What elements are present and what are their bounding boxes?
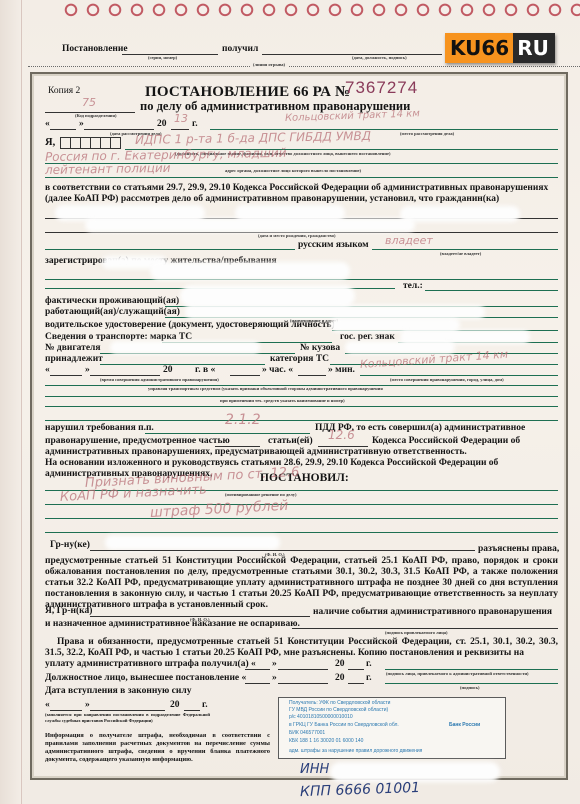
official-month-line — [278, 683, 328, 684]
effective-day-line — [50, 710, 82, 711]
articles-line-1: в соответствии со статьями 29.7, 29.9, 2… — [45, 183, 548, 193]
inn-handwritten: ИНН — [300, 762, 329, 777]
vehicle-hint-2: при применении тех. средств указать наим… — [220, 398, 345, 403]
date-month-line — [84, 129, 154, 130]
year-line — [171, 129, 189, 130]
date-open: « — [45, 119, 50, 129]
not-dispute-2: и назначенное административное наказание… — [45, 619, 300, 629]
date-day-line — [50, 129, 76, 130]
violated-label: нарушил требования п.п. — [45, 423, 154, 433]
offense-line-4 — [45, 420, 558, 421]
received-year-line — [348, 669, 364, 670]
year-prefix: 20 — [157, 119, 167, 129]
redaction — [180, 285, 355, 307]
offense-place-hint: (место совершения правонарушения, город,… — [390, 377, 504, 382]
watermark-right: RU — [513, 33, 555, 63]
official-sign-line — [385, 683, 558, 684]
dept-code-handwritten: 75 — [82, 96, 96, 109]
stamp-line: КБК 188 1 16 30020 01 6000 140 — [289, 738, 363, 744]
ya-citizen-label: Я, Гр-н(ка) — [45, 606, 92, 616]
pp-line — [145, 433, 310, 434]
effective-date-mid: » — [85, 700, 90, 710]
time-hint: (время совершения административного прав… — [100, 377, 219, 382]
kpp-handwritten: КПП 6666 01001 — [300, 780, 421, 800]
stamp-line: Банк России — [449, 722, 480, 728]
offense-minute-line — [298, 375, 326, 376]
vehicle-hint: управляя транспортным средством (указать… — [148, 386, 383, 391]
article-label: статьи(ей) — [268, 436, 313, 446]
document-page: Постановление (серия, номер) получил (да… — [0, 0, 580, 804]
offense-date-mid: » — [85, 365, 90, 375]
received-copy-label: уплату административного штрафа получил(… — [45, 659, 256, 669]
offense-hours: » час. « — [262, 365, 293, 375]
language-pre-line — [45, 249, 295, 250]
stamp-line: адм. штрафы за нарушение правил дорожног… — [289, 748, 422, 754]
rights-paragraph: предусмотренные статьей 51 Конституции Р… — [45, 556, 558, 611]
tear-line-hint: (линия отрыва) — [250, 62, 288, 67]
payment-details-stamp: Получатель: УФК по Свердловской области … — [278, 697, 506, 759]
official-handwritten-3: лейтенант полиции — [45, 161, 171, 177]
stub-label: Постановление — [62, 44, 128, 54]
language-line — [372, 249, 558, 250]
dept-code-hint: (Код подразделения) — [75, 113, 116, 118]
official-day-line — [245, 683, 270, 684]
language-hint: (владеет/не владеет) — [440, 251, 481, 256]
year-suffix: г. — [192, 119, 198, 129]
place-hint: (место рассмотрения дела) — [400, 131, 454, 136]
stub-received-hint: (дата, должность, подпись) — [352, 55, 407, 60]
koap-label-2: административных правонарушениях, предус… — [45, 447, 467, 457]
works-label: работающий(ая)/служащий(ая) — [45, 307, 180, 317]
citizen-label: Гр-ну(ке) — [50, 540, 90, 550]
rights-explained-label: разъяснены права, — [478, 544, 559, 554]
offense-minutes: » мин. — [328, 365, 355, 375]
effective-year-suffix: г. — [202, 700, 208, 710]
not-dispute-1: наличие события административного правон… — [313, 607, 552, 617]
engine-label: № двигателя — [45, 343, 101, 353]
phone-label: тел.: — [403, 281, 423, 291]
pp-handwritten: 2.1.2 — [225, 412, 261, 428]
language-handwritten: владеет — [385, 234, 433, 247]
received-day-line — [245, 669, 270, 670]
language-label: русским языком — [298, 240, 369, 250]
citizen-sign-hint: (подпись привлекаемого лица) — [385, 630, 448, 635]
effective-year-prefix: 20 — [170, 700, 180, 710]
redaction — [150, 262, 350, 280]
official-year-suffix: г. — [366, 673, 372, 683]
offense-hour-line — [230, 375, 260, 376]
official-sign-hint: (подпись) — [460, 685, 480, 690]
koap-label: Кодекса Российской Федерации об — [372, 436, 520, 446]
received-date-mid: » — [272, 659, 277, 669]
redaction — [105, 535, 280, 550]
year-handwritten: 13 — [174, 112, 188, 125]
redaction — [400, 206, 520, 222]
received-month-line — [278, 669, 328, 670]
watermark-left: KU66 — [445, 33, 513, 63]
lives-label: фактически проживающий(ая) — [45, 296, 179, 306]
tear-line — [28, 66, 580, 67]
birth-hint: (дата и место рождения, гражданство) — [258, 233, 336, 238]
ya-label: Я, — [45, 137, 55, 148]
offense-part-label: правонарушение, предусмотренное частью — [45, 436, 230, 446]
stamp-line: р/с 40101810500000010010 — [289, 714, 353, 720]
effective-month-line — [90, 710, 165, 711]
decision-line-4 — [45, 532, 558, 533]
official-year-line — [348, 683, 364, 684]
official-year-prefix: 20 — [335, 673, 345, 683]
watermark-logo: KU66 RU — [445, 33, 555, 63]
spiral-binding — [60, 0, 580, 18]
payer-sign-line — [385, 669, 558, 670]
article-handwritten: 12.6 — [328, 428, 355, 442]
date-mid: » — [79, 119, 84, 129]
stamp-line: ГУ МВД России по Свердловской области) — [289, 707, 388, 713]
bailiff-hint: (заполняется при направлении постановлен… — [45, 712, 210, 723]
redaction — [85, 218, 415, 232]
form-number: 7367274 — [345, 78, 418, 98]
redaction — [110, 341, 260, 354]
stub-series-hint: (серия, номер) — [148, 55, 177, 60]
paper-edge — [0, 0, 22, 804]
effective-year-line — [184, 710, 200, 711]
offense-date-open: « — [45, 365, 50, 375]
info-paragraph: Информация о получателе штрафа, необходи… — [45, 732, 270, 764]
license-label: водительское удостоверение (документ, уд… — [45, 320, 335, 330]
received-year-suffix: г. — [366, 659, 372, 669]
citizen-line — [90, 550, 475, 551]
offense-year-prefix: 20 — [163, 365, 173, 375]
offense-line-2 — [45, 396, 558, 397]
offense-line-3 — [45, 406, 558, 407]
organ-hint: адрес органа, должностное лицо которого … — [225, 168, 361, 173]
rights-paragraph-2: Права и обязанности, предусмотренные ста… — [45, 637, 558, 659]
decision-hint: (мотивированное решение по делу) — [225, 492, 297, 497]
copy-label: Копия 2 — [48, 86, 80, 96]
offense-at: г. в « — [195, 365, 215, 375]
redaction — [330, 762, 500, 782]
owner-line — [100, 364, 265, 365]
category-label: категория ТС — [270, 354, 329, 364]
citizen-sign-line — [292, 628, 558, 629]
decision-line-3 — [45, 518, 558, 519]
phone-line — [425, 290, 558, 291]
effective-date-open: « — [45, 700, 50, 710]
redaction — [185, 305, 485, 319]
offense-day-line — [50, 375, 82, 376]
stamp-line: Получатель: УФК по Свердловской области — [289, 700, 390, 706]
payer-sign-hint: (подпись лица, привлекаемого к администр… — [386, 671, 529, 676]
stub-received-label: получил — [222, 44, 258, 54]
official-line-label: Должностное лицо, вынесшее постановление… — [45, 673, 246, 683]
owner-label: принадлежит — [45, 354, 103, 364]
offense-month-line — [90, 375, 160, 376]
effective-label: Дата вступления в законную силу — [45, 686, 191, 696]
stamp-line: в ГРКЦ ГУ Банка России по Свердловской о… — [289, 722, 399, 728]
stamp-line: БИК 046577001 — [289, 730, 325, 736]
organ-line — [45, 177, 558, 178]
official-date-mid: » — [272, 673, 277, 683]
articles-line-2: (далее КоАП РФ) рассмотрев дело об админ… — [45, 194, 499, 204]
received-year-prefix: 20 — [335, 659, 345, 669]
body-label: № кузова — [300, 343, 340, 353]
offense-place-line — [360, 375, 558, 376]
badge-number-boxes — [60, 137, 120, 149]
decision-line-2 — [45, 504, 558, 505]
